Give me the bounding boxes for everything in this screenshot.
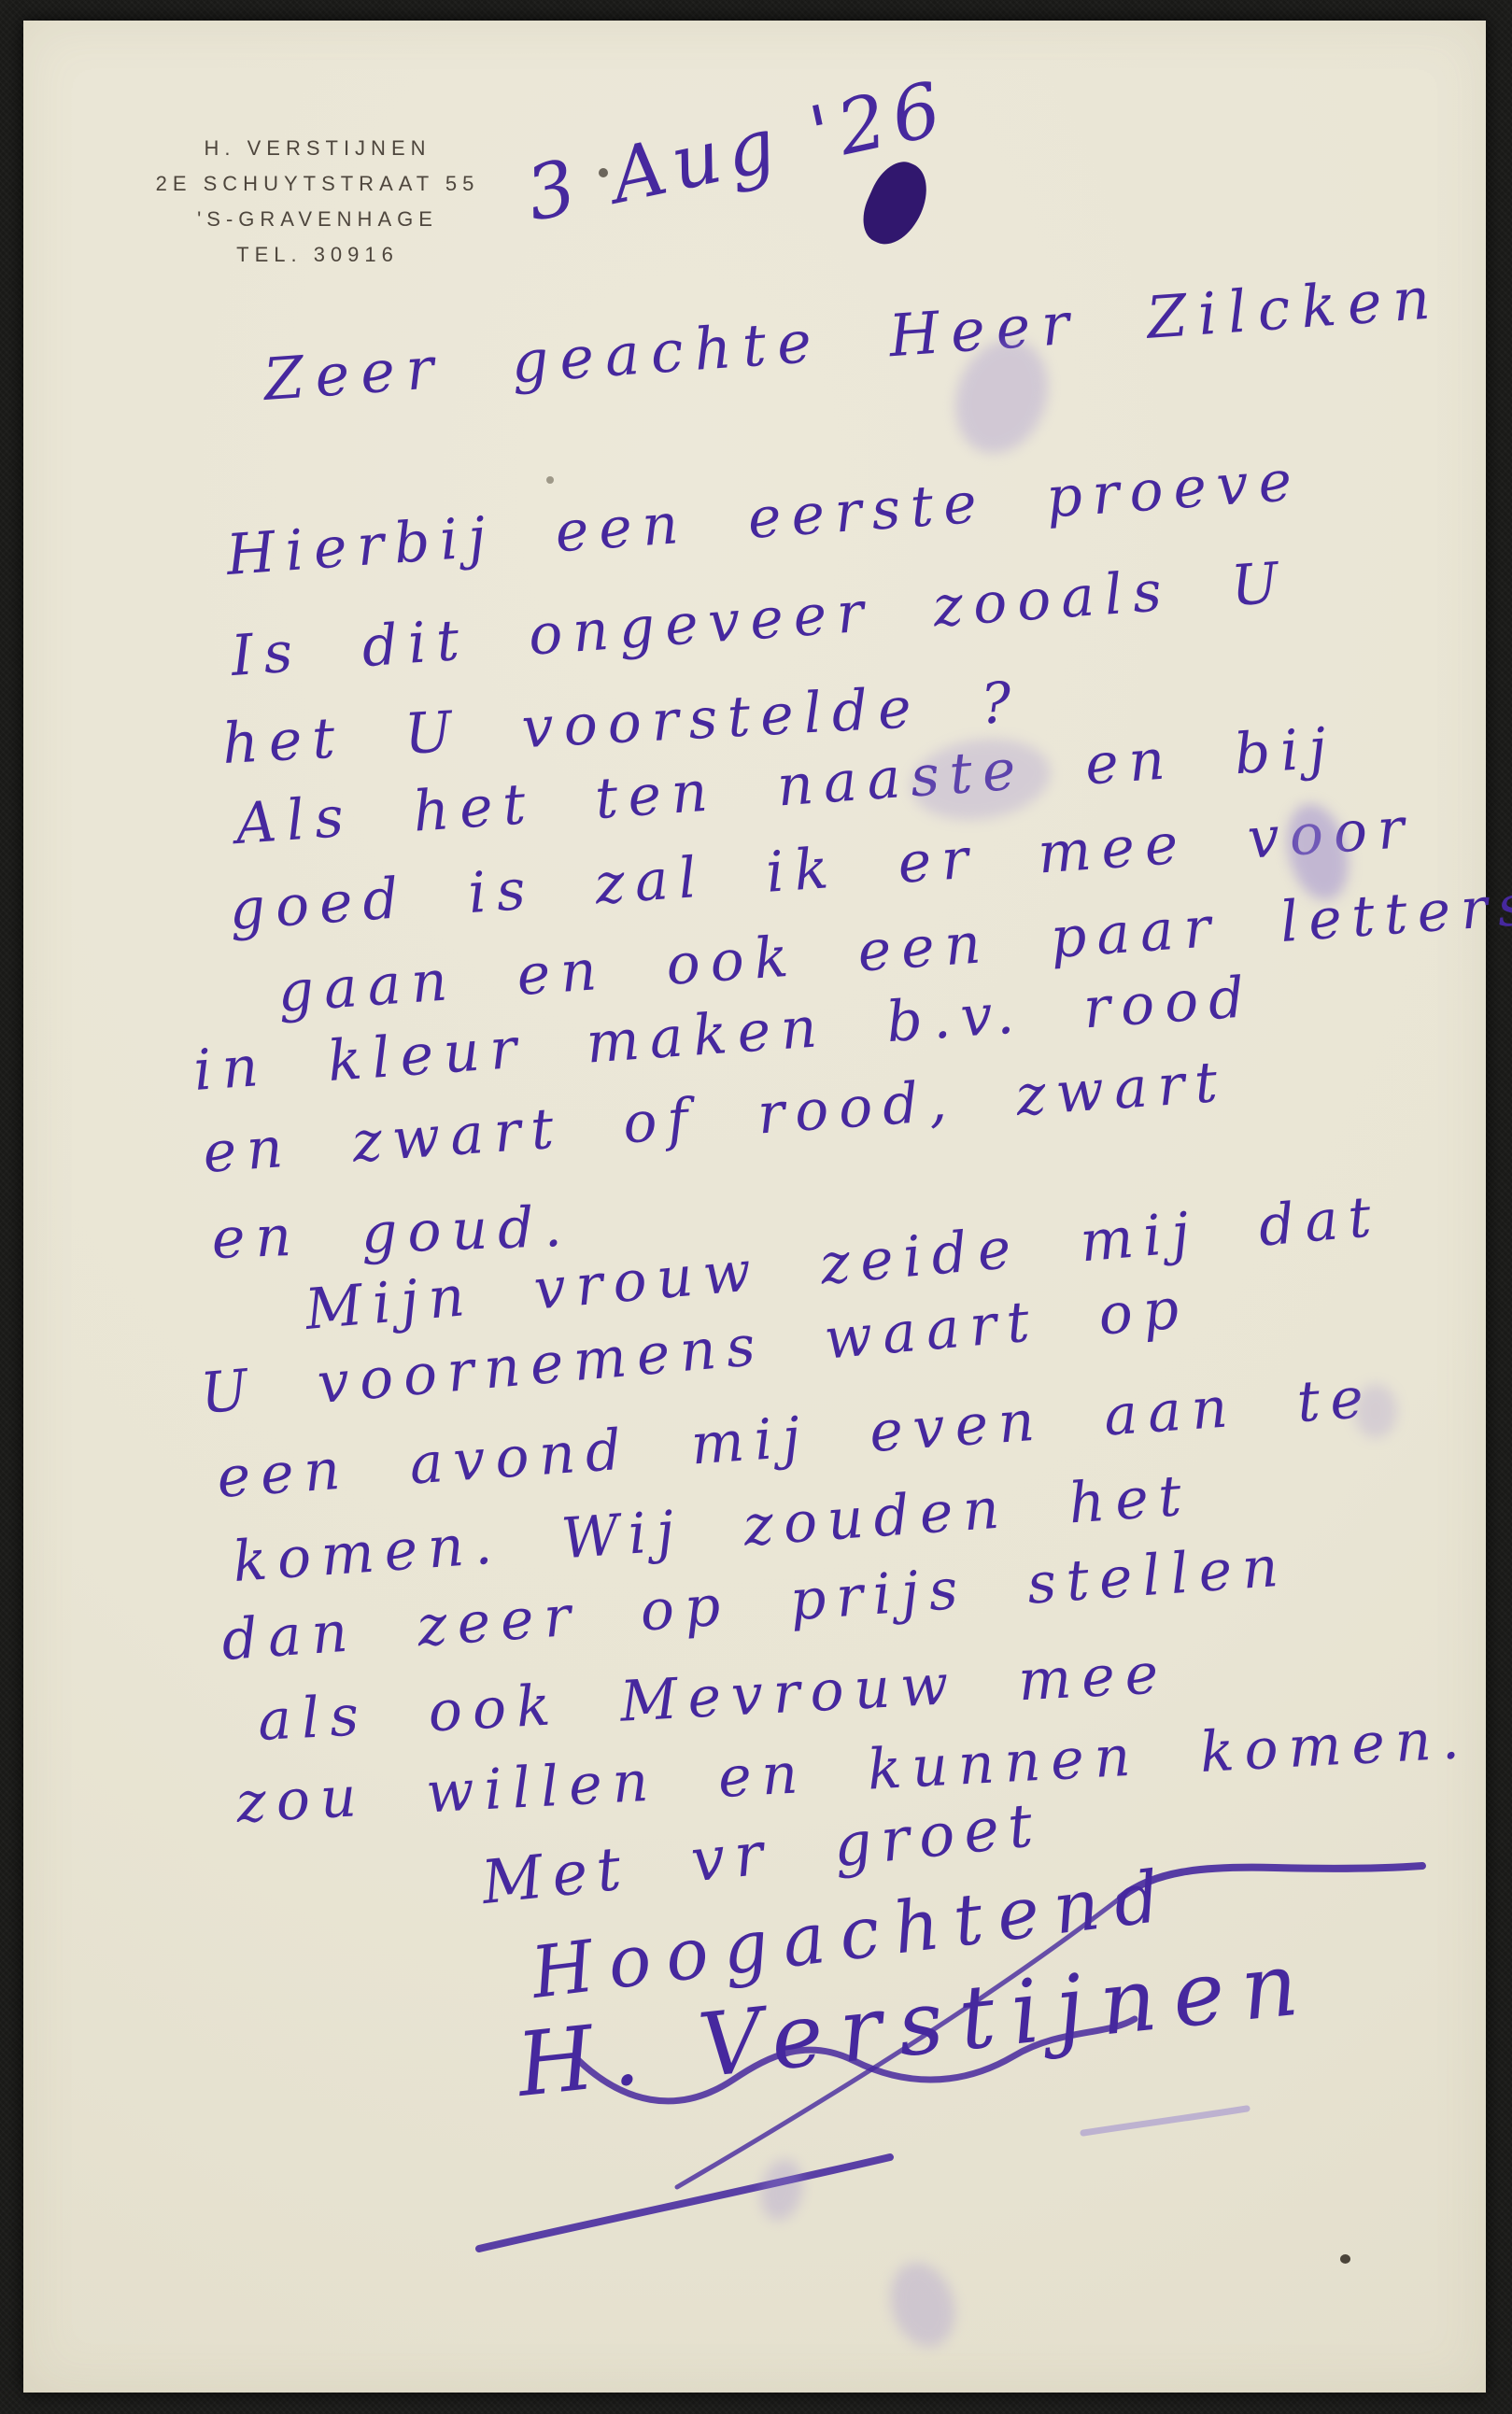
signature-underline (479, 2157, 890, 2249)
scan-background: { "document": { "kind": "scanned handwri… (0, 0, 1512, 2414)
ink-smudge (756, 2155, 809, 2224)
paper-speck (546, 476, 554, 484)
signature-underline-faint (1083, 2109, 1247, 2133)
ink-smudge (880, 2254, 965, 2355)
ink-blot-date (854, 153, 938, 254)
letterhead-city: 'S-GRAVENHAGE (107, 202, 528, 237)
letterhead-tel: TEL. 30916 (107, 237, 528, 273)
ink-smudge (1354, 1384, 1397, 1438)
letterhead-name: H. VERSTIJNEN (107, 131, 528, 166)
paper-speck (599, 168, 608, 177)
letterhead: H. VERSTIJNEN 2E SCHUYTSTRAAT 55 'S-GRAV… (107, 131, 528, 273)
letter-paper: H. VERSTIJNEN 2E SCHUYTSTRAAT 55 'S-GRAV… (23, 21, 1486, 2393)
letterhead-address: 2E SCHUYTSTRAAT 55 (107, 166, 528, 202)
salutation: Zeer geachte Heer Zilcken (261, 263, 1444, 414)
paper-speck (1340, 2254, 1350, 2264)
